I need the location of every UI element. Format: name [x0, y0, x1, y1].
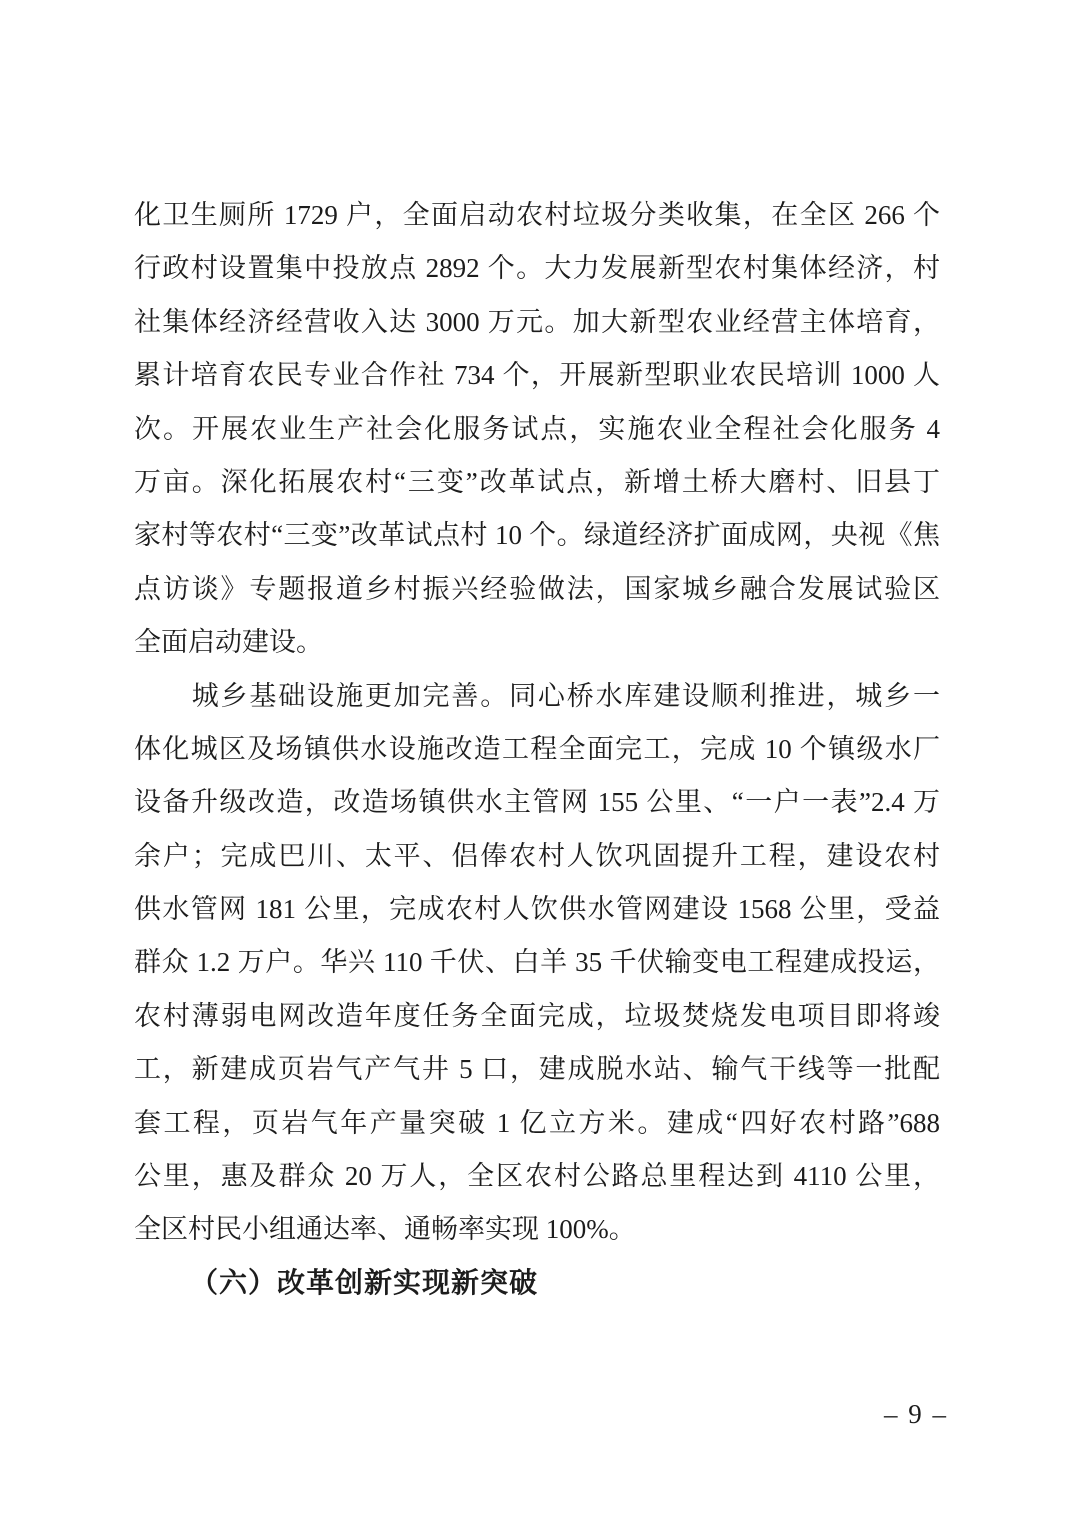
page-number: – 9 – [884, 1398, 948, 1430]
text-line: 次。开展农业生产社会化服务试点，实施农业全程社会化服务 4 [134, 403, 940, 456]
text-line: 万亩。深化拓展农村“三变”改革试点，新增土桥大磨村、旧县丁 [134, 456, 940, 509]
text-line: 群众 1.2 万户。华兴 110 千伏、白羊 35 千伏输变电工程建成投运， [134, 936, 940, 989]
text-line: 社集体经济经营收入达 3000 万元。加大新型农业经营主体培育， [134, 296, 940, 349]
section-heading-6: （六）改革创新实现新突破 [134, 1257, 940, 1310]
page-body: 化卫生厕所 1729 户，全面启动农村垃圾分类收集，在全区 266 个行政村设置… [134, 189, 940, 1310]
text-line: 公里，惠及群众 20 万人，全区农村公路总里程达到 4110 公里， [134, 1150, 940, 1203]
text-line: 工，新建成页岩气产气井 5 口，建成脱水站、输气干线等一批配 [134, 1043, 940, 1096]
text-line: 套工程，页岩气年产量突破 1 亿立方米。建成“四好农村路”688 [134, 1097, 940, 1150]
text-line: 行政村设置集中投放点 2892 个。大力发展新型农村集体经济，村 [134, 242, 940, 295]
text-line: 农村薄弱电网改造年度任务全面完成，垃圾焚烧发电项目即将竣 [134, 990, 940, 1043]
text-line: 全面启动建设。 [134, 616, 940, 669]
text-line: 供水管网 181 公里，完成农村人饮供水管网建设 1568 公里，受益 [134, 883, 940, 936]
document-page: 化卫生厕所 1729 户，全面启动农村垃圾分类收集，在全区 266 个行政村设置… [0, 0, 1074, 1520]
text-line: 家村等农村“三变”改革试点村 10 个。绿道经济扩面成网，央视《焦 [134, 509, 940, 562]
text-line: 全区村民小组通达率、通畅率实现 100%。 [134, 1203, 940, 1256]
text-line: 余户；完成巴川、太平、侣俸农村人饮巩固提升工程，建设农村 [134, 830, 940, 883]
text-line: 化卫生厕所 1729 户，全面启动农村垃圾分类收集，在全区 266 个 [134, 189, 940, 242]
text-line: 体化城区及场镇供水设施改造工程全面完工，完成 10 个镇级水厂 [134, 723, 940, 776]
paragraph-urban-rural-infrastructure: 城乡基础设施更加完善。同心桥水库建设顺利推进，城乡一体化城区及场镇供水设施改造工… [134, 670, 940, 1257]
paragraph-rural-revitalization-continued: 化卫生厕所 1729 户，全面启动农村垃圾分类收集，在全区 266 个行政村设置… [134, 189, 940, 670]
text-line: 累计培育农民专业合作社 734 个，开展新型职业农民培训 1000 人 [134, 349, 940, 402]
text-line: 城乡基础设施更加完善。同心桥水库建设顺利推进，城乡一 [134, 670, 940, 723]
text-line: 点访谈》专题报道乡村振兴经验做法，国家城乡融合发展试验区 [134, 563, 940, 616]
text-line: 设备升级改造，改造场镇供水主管网 155 公里、“一户一表”2.4 万 [134, 776, 940, 829]
